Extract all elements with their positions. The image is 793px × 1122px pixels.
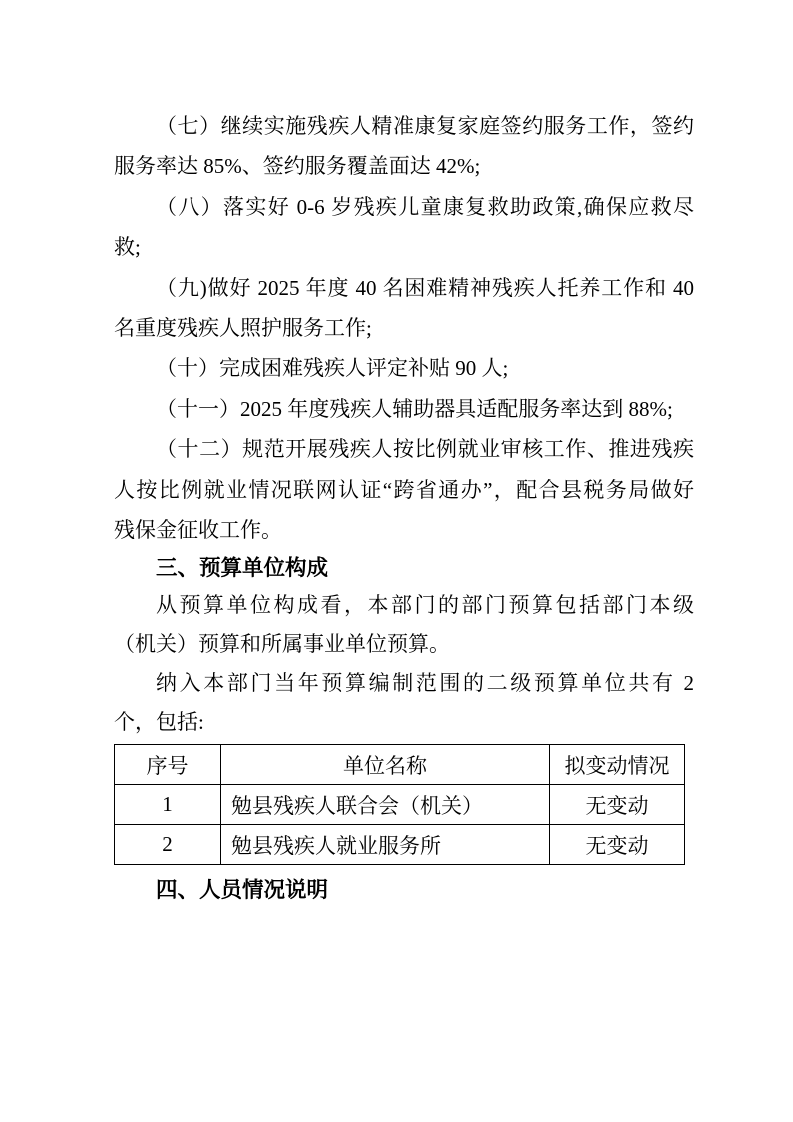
section-budget-units: 从预算单位构成看，本部门的部门预算包括部门本级 （机关）预算和所属事业单位预算。… [114,586,694,742]
document-page: （七）继续实施残疾人精准康复家庭签约服务工作，签约 服务率达 85%、签约服务覆… [0,0,793,1122]
table-header-row: 序号 单位名称 拟变动情况 [115,745,685,785]
paragraph-line: 救; [114,227,694,267]
table-row: 2 勉县残疾人就业服务所 无变动 [115,825,685,865]
table-header-cell-index: 序号 [115,745,221,785]
paragraph-line: 纳入本部门当年预算编制范围的二级预算单位共有 2 [114,664,694,703]
table-cell-index: 2 [115,825,221,865]
paragraph-line: 从预算单位构成看，本部门的部门预算包括部门本级 [114,586,694,625]
paragraph-line: 服务率达 85%、签约服务覆盖面达 42%; [114,146,694,186]
units-table: 序号 单位名称 拟变动情况 1 勉县残疾人联合会（机关） 无变动 2 勉县残疾人… [114,744,685,865]
document-body: （七）继续实施残疾人精准康复家庭签约服务工作，签约 服务率达 85%、签约服务覆… [114,106,694,908]
table-cell-unit-name: 勉县残疾人联合会（机关） [221,785,550,825]
paragraph-line: （七）继续实施残疾人精准康复家庭签约服务工作，签约 [114,106,694,146]
table-cell-change-status: 无变动 [550,825,685,865]
table-header-cell-unit-name: 单位名称 [221,745,550,785]
paragraph-line: （九)做好 2025 年度 40 名困难精神残疾人托养工作和 40 [114,268,694,308]
paragraph-line: 残保金征收工作。 [114,510,694,550]
paragraph-line: 个，包括: [114,703,694,742]
paragraph-line: 名重度残疾人照护服务工作; [114,308,694,348]
table-cell-index: 1 [115,785,221,825]
paragraph-line: 人按比例就业情况联网认证“跨省通办”，配合县税务局做好 [114,470,694,510]
paragraph-line: （十二）规范开展残疾人按比例就业审核工作、推进残疾 [114,429,694,469]
table-row: 1 勉县残疾人联合会（机关） 无变动 [115,785,685,825]
section-heading-budget-units: 三、预算单位构成 [114,550,694,586]
table-cell-unit-name: 勉县残疾人就业服务所 [221,825,550,865]
paragraph-line: （八）落实好 0-6 岁残疾儿童康复救助政策,确保应救尽 [114,187,694,227]
table-cell-change-status: 无变动 [550,785,685,825]
section-heading-personnel: 四、人员情况说明 [114,872,694,908]
paragraph-line: （十）完成困难残疾人评定补贴 90 人; [114,348,694,388]
table-header-cell-change-status: 拟变动情况 [550,745,685,785]
paragraph-line: （机关）预算和所属事业单位预算。 [114,625,694,664]
paragraph-line: （十一）2025 年度残疾人辅助器具适配服务率达到 88%; [114,389,694,429]
